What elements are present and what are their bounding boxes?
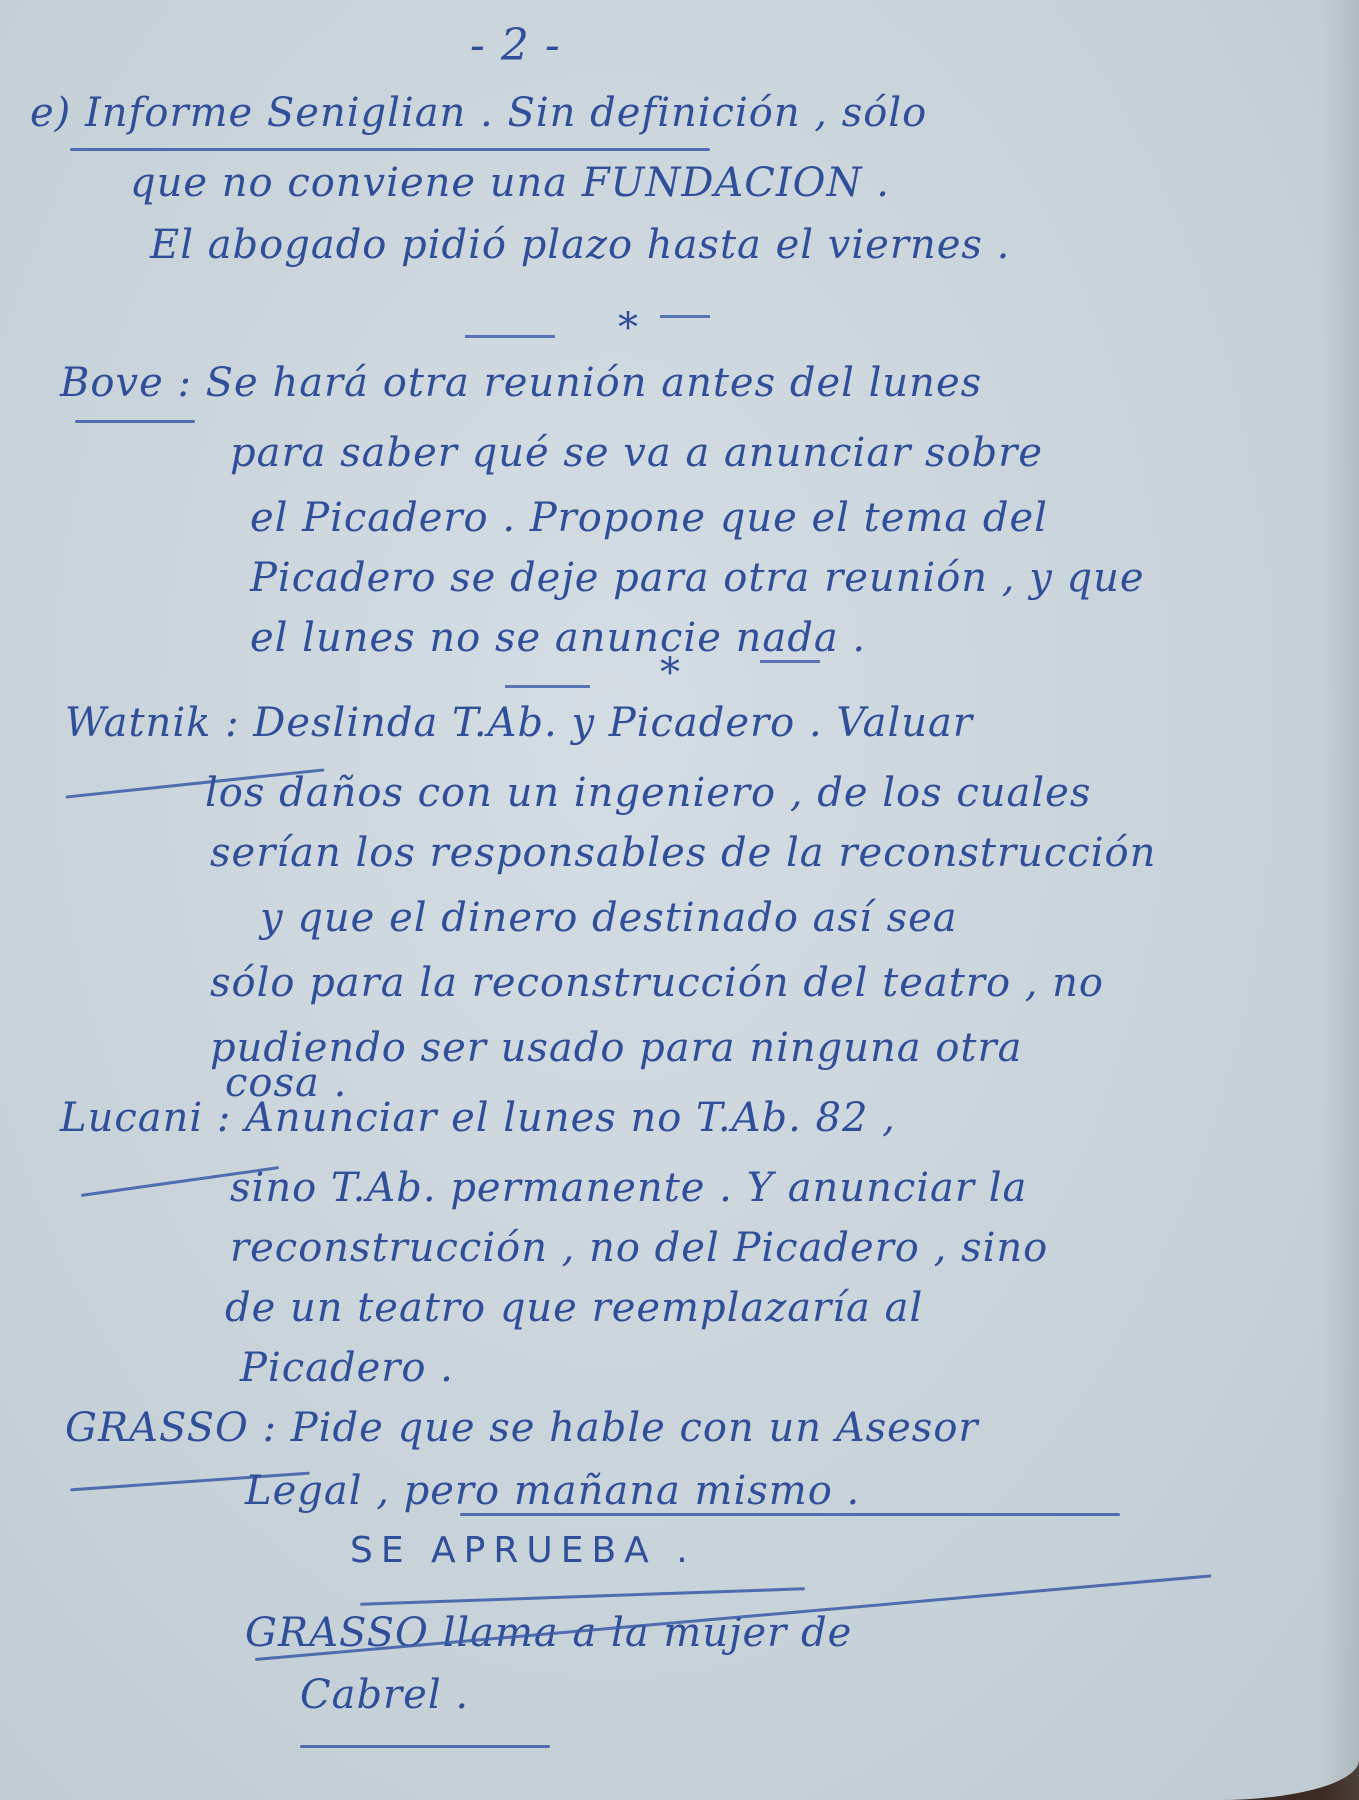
separator-line [505, 685, 590, 688]
page-number: - 2 - [470, 20, 561, 71]
entry-bove-line-4: Picadero se deje para otra reunión , y q… [250, 555, 1145, 601]
entry-bove-line-1: Bove : Se hará otra reunión antes del lu… [60, 360, 982, 406]
underline [300, 1745, 550, 1748]
entry-seniglian-line-1: e) Informe Seniglian . Sin definición , … [30, 90, 927, 136]
speaker-underline [75, 420, 195, 423]
entry-seniglian-line-3: El abogado pidió plazo hasta el viernes … [150, 222, 1010, 268]
separator-line [660, 315, 710, 318]
entry-lucani-line-5: Picadero . [240, 1345, 454, 1391]
entry-watnik-line-3: serían los responsables de la reconstruc… [210, 830, 1156, 876]
entry-lucani-line-2: sino T.Ab. permanente . Y anunciar la [230, 1165, 1027, 1211]
entry-lucani-line-4: de un teatro que reemplazaría al [225, 1285, 923, 1331]
entry-lucani-line-1: Lucani : Anunciar el lunes no T.Ab. 82 , [60, 1095, 896, 1141]
entry-watnik-line-4: y que el dinero destinado así sea [260, 895, 958, 941]
decision-approved: SE APRUEBA . [350, 1530, 696, 1571]
entry-bove-line-3: el Picadero . Propone que el tema del [250, 495, 1048, 541]
entry-seniglian-line-2: que no conviene una FUNDACION . [130, 160, 890, 206]
entry-watnik-line-5: sólo para la reconstrucción del teatro ,… [210, 960, 1104, 1006]
separator-line [465, 335, 555, 338]
separator-star: * [618, 305, 639, 351]
entry-grasso-line-2: Legal , pero mañana mismo . [245, 1468, 860, 1514]
entry-lucani-line-3: reconstrucción , no del Picadero , sino [230, 1225, 1048, 1271]
entry-watnik-line-2: los daños con un ingeniero , de los cual… [205, 770, 1091, 816]
notebook-page: - 2 - e) Informe Seniglian . Sin definic… [0, 0, 1359, 1800]
entry-grasso-line-1: GRASSO : Pide que se hable con un Asesor [65, 1405, 979, 1451]
underline [460, 1513, 1120, 1516]
entry-bove-line-2: para saber qué se va a anunciar sobre [230, 430, 1043, 476]
page-edge-shadow [1321, 0, 1359, 1800]
entry-grasso-line-4: Cabrel . [300, 1672, 469, 1718]
underline [360, 1587, 805, 1606]
speaker-underline [70, 148, 710, 151]
separator-star: * [660, 650, 681, 696]
separator-line [760, 660, 820, 663]
entry-bove-line-5: el lunes no se anuncie nada . [250, 615, 866, 661]
entry-watnik-line-1: Watnik : Deslinda T.Ab. y Picadero . Val… [65, 700, 973, 746]
